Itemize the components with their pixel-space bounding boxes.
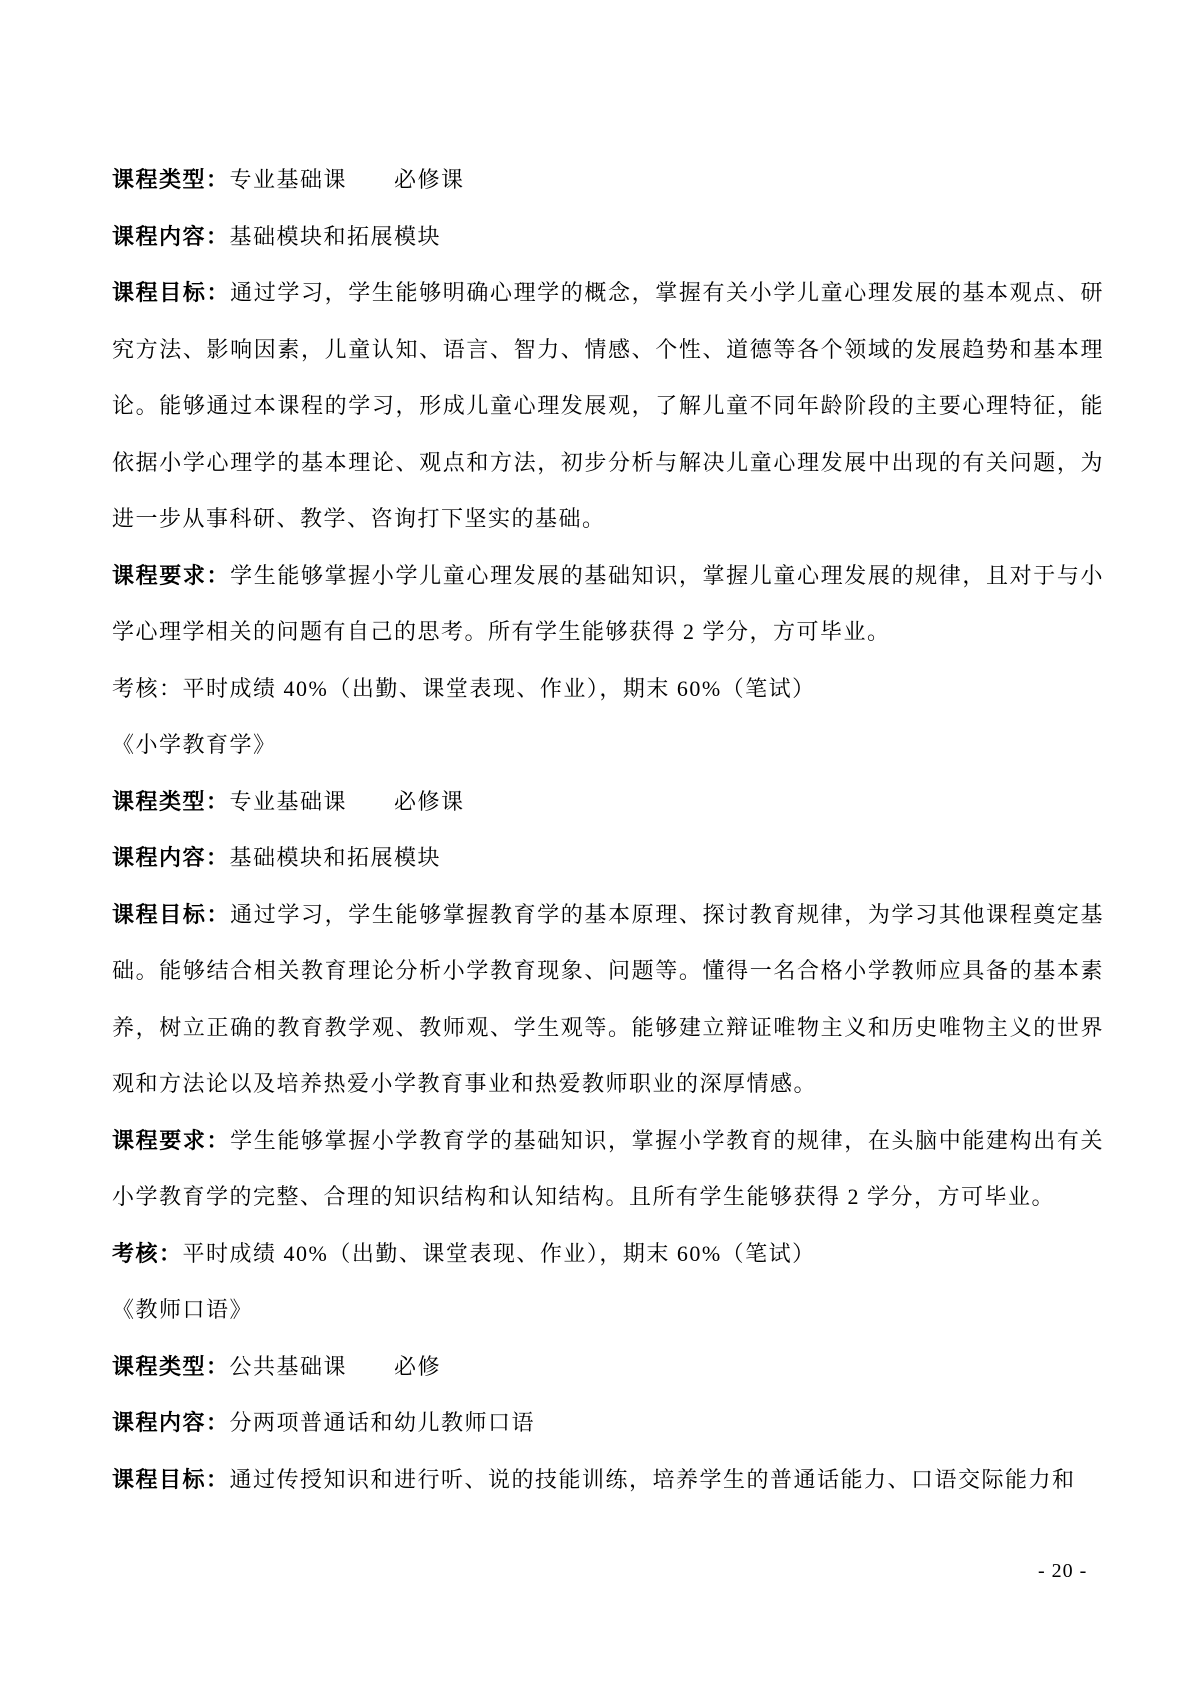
field-label: 课程内容： <box>112 1410 230 1435</box>
field-text: 学生能够掌握小学儿童心理发展的基础知识，掌握儿童心理发展的规律，且对于与小学心理… <box>112 563 1104 645</box>
page-number: - 20 - <box>1038 1560 1087 1583</box>
field-label: 课程要求： <box>112 563 230 588</box>
field-text: 通过学习，学生能够明确心理学的概念，掌握有关小学儿童心理发展的基本观点、研究方法… <box>112 280 1104 531</box>
field-label: 课程要求： <box>112 1128 230 1153</box>
paragraph: 课程目标：通过学习，学生能够明确心理学的概念，掌握有关小学儿童心理发展的基本观点… <box>112 265 1104 548</box>
paragraph: 课程内容：基础模块和拓展模块 <box>112 209 1104 266</box>
paragraph: 考核：平时成绩 40%（出勤、课堂表现、作业），期末 60%（笔试） <box>112 1226 1104 1283</box>
field-text: 基础模块和拓展模块 <box>230 224 442 249</box>
field-text: 通过学习，学生能够掌握教育学的基本原理、探讨教育规律，为学习其他课程奠定基础。能… <box>112 902 1104 1097</box>
document-page: 课程类型：专业基础课 必修课课程内容：基础模块和拓展模块课程目标：通过学习，学生… <box>0 0 1199 1696</box>
paragraph: 课程目标：通过传授知识和进行听、说的技能训练，培养学生的普通话能力、口语交际能力… <box>112 1452 1104 1509</box>
paragraph: 课程类型：专业基础课 必修课 <box>112 152 1104 209</box>
field-label: 课程类型： <box>112 789 230 814</box>
field-label: 课程目标： <box>112 1467 230 1492</box>
field-label: 课程类型： <box>112 167 230 192</box>
field-text: 专业基础课 必修课 <box>230 789 465 814</box>
field-label: 课程目标： <box>112 280 230 305</box>
field-label: 课程目标： <box>112 902 230 927</box>
paragraph: 《小学教育学》 <box>112 717 1104 774</box>
field-text: 基础模块和拓展模块 <box>230 845 442 870</box>
field-text: 专业基础课 必修课 <box>230 167 465 192</box>
field-text: 通过传授知识和进行听、说的技能训练，培养学生的普通话能力、口语交际能力和 <box>230 1467 1076 1492</box>
field-label: 考核： <box>112 1241 183 1266</box>
paragraph: 课程类型：专业基础课 必修课 <box>112 774 1104 831</box>
paragraph: 考核：平时成绩 40%（出勤、课堂表现、作业），期末 60%（笔试） <box>112 661 1104 718</box>
field-label: 课程类型： <box>112 1354 230 1379</box>
field-text: 分两项普通话和幼儿教师口语 <box>230 1410 536 1435</box>
paragraph: 课程内容：分两项普通话和幼儿教师口语 <box>112 1395 1104 1452</box>
field-text: 公共基础课 必修 <box>230 1354 442 1379</box>
field-text: 《教师口语》 <box>112 1297 253 1322</box>
field-label: 课程内容： <box>112 224 230 249</box>
field-label: 课程内容： <box>112 845 230 870</box>
paragraph: 课程内容：基础模块和拓展模块 <box>112 830 1104 887</box>
paragraph: 课程要求：学生能够掌握小学教育学的基础知识，掌握小学教育的规律，在头脑中能建构出… <box>112 1113 1104 1226</box>
paragraph: 课程要求：学生能够掌握小学儿童心理发展的基础知识，掌握儿童心理发展的规律，且对于… <box>112 548 1104 661</box>
field-text: 考核：平时成绩 40%（出勤、课堂表现、作业），期末 60%（笔试） <box>112 676 816 701</box>
paragraph: 《教师口语》 <box>112 1282 1104 1339</box>
paragraph: 课程类型：公共基础课 必修 <box>112 1339 1104 1396</box>
paragraph: 课程目标：通过学习，学生能够掌握教育学的基本原理、探讨教育规律，为学习其他课程奠… <box>112 887 1104 1113</box>
field-text: 《小学教育学》 <box>112 732 277 757</box>
field-text: 平时成绩 40%（出勤、课堂表现、作业），期末 60%（笔试） <box>183 1241 816 1266</box>
field-text: 学生能够掌握小学教育学的基础知识，掌握小学教育的规律，在头脑中能建构出有关小学教… <box>112 1128 1104 1210</box>
document-body: 课程类型：专业基础课 必修课课程内容：基础模块和拓展模块课程目标：通过学习，学生… <box>112 152 1104 1508</box>
